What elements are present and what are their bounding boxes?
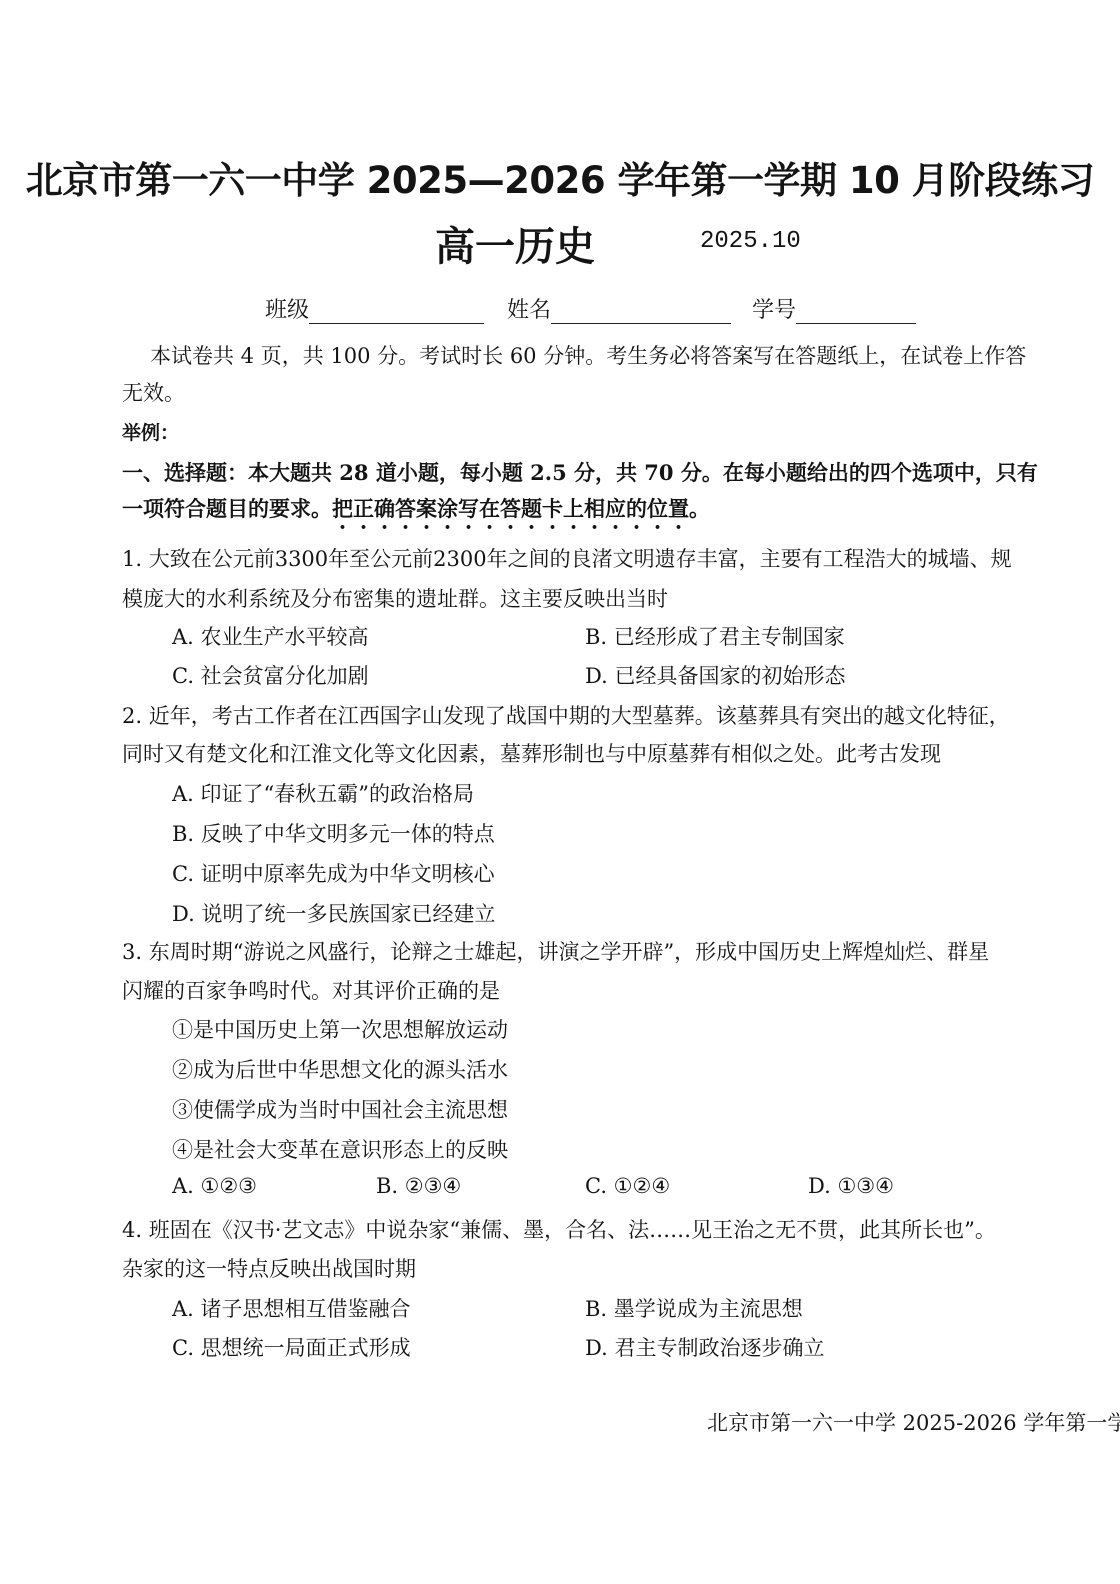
exam-date: 2025.10 [700,228,801,255]
question-1-option-a[interactable]: A. 农业生产水平较高 [172,621,369,651]
question-2-stem-line-1: 2. 近年，考古工作者在江西国字山发现了战国中期的大型墓葬。该墓葬具有突出的越文… [122,700,1010,730]
exam-title: 北京市第一六一中学 2025—2026 学年第一学期 10 月阶段练习 [0,150,1120,204]
question-4-option-a[interactable]: A. 诸子思想相互借鉴融合 [172,1293,411,1323]
question-3-option-a[interactable]: A. ①②③ [172,1174,257,1198]
question-3-statement-2: ②成为后世中华思想文化的源头活水 [172,1054,508,1084]
name-blank[interactable] [551,301,731,324]
question-4-option-c[interactable]: C. 思想统一局面正式形成 [172,1332,411,1362]
page-footer: 北京市第一六一中学 2025-2026 学年第一学期 1 [707,1407,1120,1437]
section-1-emphasis: 把正确答案涂写在答题卡上相应的位置 [332,496,689,521]
question-2-option-d[interactable]: D. 说明了统一多民族国家已经建立 [172,898,495,928]
question-1-stem-line-1: 1. 大致在公元前3300年至公元前2300年之间的良渚文明遗存丰富，主要有工程… [122,543,1012,573]
class-field[interactable]: 班级 [265,293,484,324]
student-id-blank[interactable] [796,301,916,324]
question-1-stem-line-2: 模庞大的水利系统及分布密集的遗址群。这主要反映出当时 [122,583,668,613]
question-3-option-d[interactable]: D. ①③④ [808,1174,894,1198]
question-3-option-c[interactable]: C. ①②④ [585,1174,670,1198]
name-label: 姓名 [507,293,551,324]
question-3-statement-1: ①是中国历史上第一次思想解放运动 [172,1014,508,1044]
name-field[interactable]: 姓名 [507,293,731,324]
question-4-stem-line-2: 杂家的这一特点反映出战国时期 [122,1253,416,1283]
section-1-heading-line-1: 一、选择题：本大题共 28 道小题，每小题 2.5 分，共 70 分。在每小题给… [122,457,1038,487]
question-3-statement-3: ③使儒学成为当时中国社会主流思想 [172,1094,508,1124]
question-1-option-b[interactable]: B. 已经形成了君主专制国家 [585,621,845,651]
section-1-end: 。 [689,496,710,521]
instructions-line-1: 本试卷共 4 页，共 100 分。考试时长 60 分钟。考生务必将答案写在答题纸… [150,340,1026,370]
question-3-stem-line-2: 闪耀的百家争鸣时代。对其评价正确的是 [122,975,500,1005]
section-1-heading-line-2: 一项符合题目的要求。把正确答案涂写在答题卡上相应的位置。 [122,493,710,534]
subject-title: 高一历史 [435,215,595,272]
question-3-option-b[interactable]: B. ②③④ [376,1174,461,1198]
question-2-option-b[interactable]: B. 反映了中华文明多元一体的特点 [172,818,495,848]
question-4-option-b[interactable]: B. 墨学说成为主流思想 [585,1293,803,1323]
example-label: 举例： [122,418,179,445]
instructions-line-2: 无效。 [122,377,185,407]
question-2-option-a[interactable]: A. 印证了“春秋五霸”的政治格局 [172,778,474,808]
section-1-plain: 一项符合题目的要求。 [122,496,332,521]
question-2-stem-line-2: 同时又有楚文化和江淮文化等文化因素，墓葬形制也与中原墓葬有相似之处。此考古发现 [122,738,941,768]
student-id-label: 学号 [752,293,796,324]
class-label: 班级 [265,293,309,324]
question-1-option-c[interactable]: C. 社会贫富分化加剧 [172,660,369,690]
question-4-stem-line-1: 4. 班固在《汉书·艺文志》中说杂家“兼儒、墨，合名、法……见王治之无不贯，此其… [122,1214,996,1244]
question-4-option-d[interactable]: D. 君主专制政治逐步确立 [585,1332,824,1362]
student-id-field[interactable]: 学号 [752,293,916,324]
class-blank[interactable] [309,301,484,324]
question-3-stem-line-1: 3. 东周时期“游说之风盛行，论辩之士雄起，讲演之学开辟”，形成中国历史上辉煌灿… [122,936,989,966]
question-3-statement-4: ④是社会大变革在意识形态上的反映 [172,1134,508,1164]
question-1-option-d[interactable]: D. 已经具备国家的初始形态 [585,660,845,690]
question-2-option-c[interactable]: C. 证明中原率先成为中华文明核心 [172,858,495,888]
